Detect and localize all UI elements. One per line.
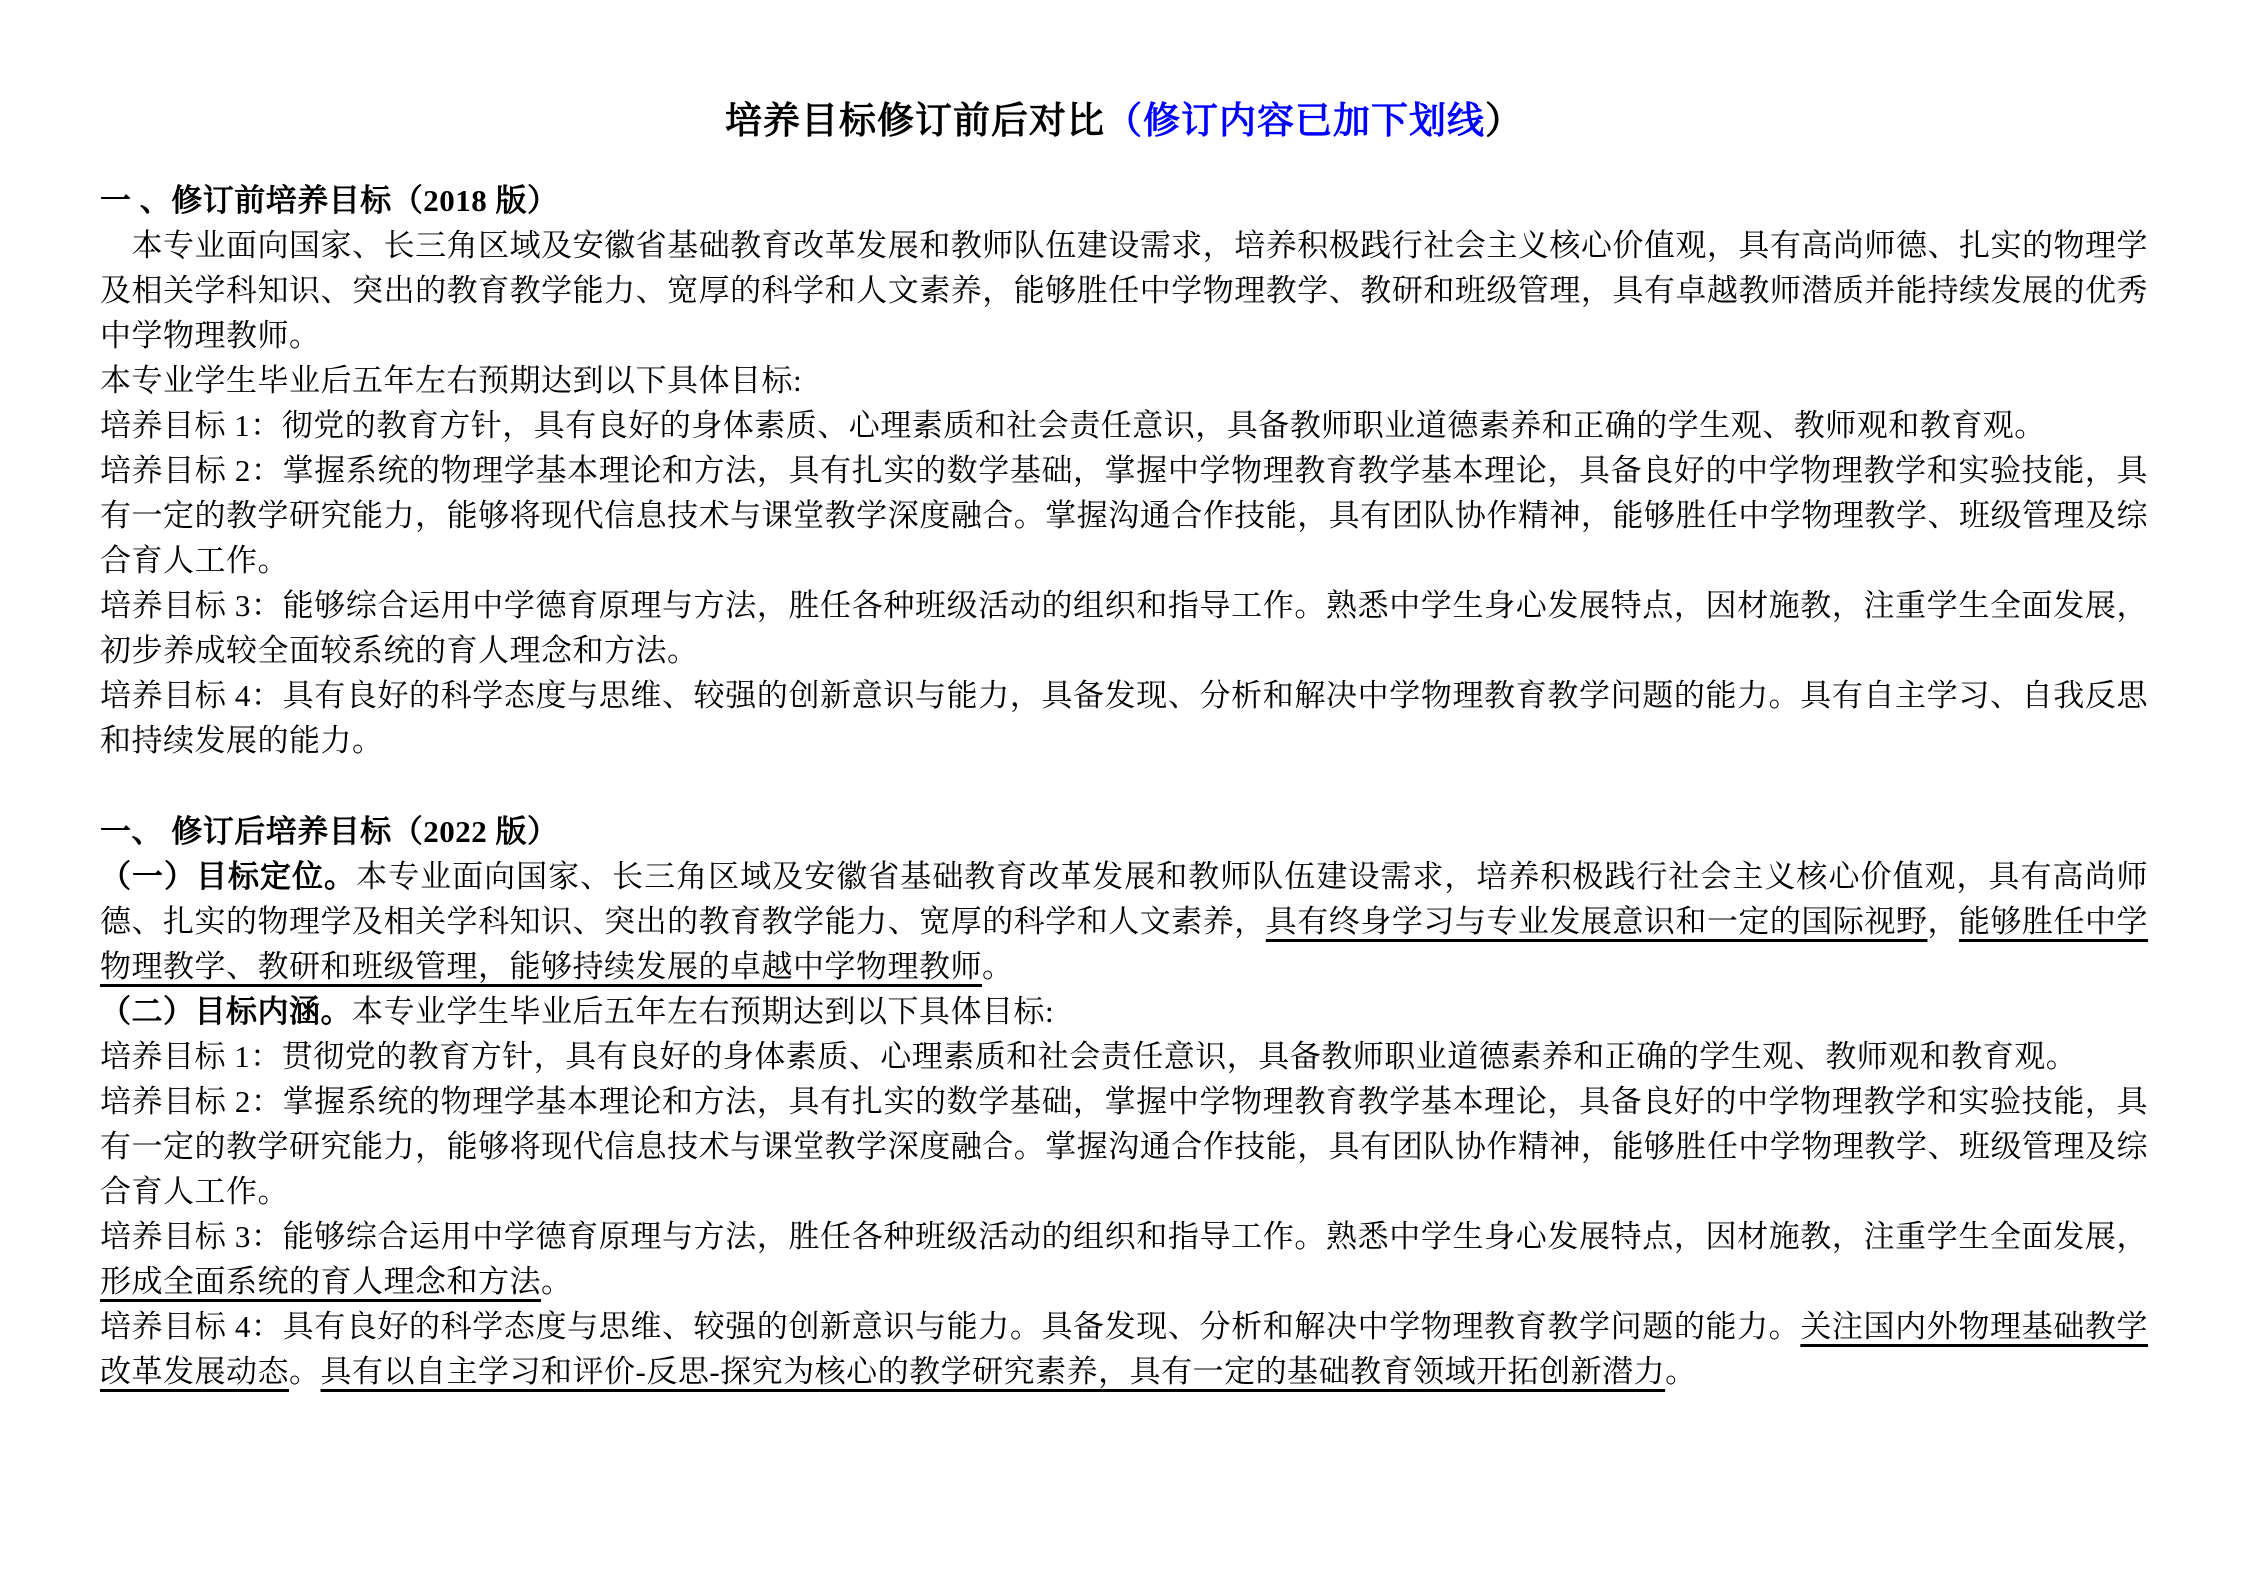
section-heading-after-revision: 一、 修订后培养目标（2022 版） [100, 809, 2148, 854]
text-run: 培养目标 2：掌握系统的物理学基本理论和方法，具有扎实的数学基础，掌握中学物理教… [100, 453, 2148, 578]
text-run: 培养目标修订前后对比 [725, 101, 1105, 142]
text-run: 培养目标 1：贯彻党的教育方针，具有良好的身体素质、心理素质和社会责任意识，具备… [100, 1039, 2077, 1074]
paragraph-2022-connotation-lead: （二）目标内涵。本专业学生毕业后五年左右预期达到以下具体目标: [100, 989, 2148, 1034]
paragraph-2018-goal-lead: 本专业学生毕业后五年左右预期达到以下具体目标: [100, 358, 2148, 403]
text-run: （修订内容已加下划线 [1105, 101, 1485, 142]
document-page: 培养目标修订前后对比（修订内容已加下划线） 一 、修订前培养目标（2018 版）… [0, 0, 2244, 1588]
paragraph-2022-positioning: （一）目标定位。本专业面向国家、长三角区域及安徽省基础教育改革发展和教师队伍建设… [100, 854, 2148, 989]
paragraph-2018-goal-2: 培养目标 2：掌握系统的物理学基本理论和方法，具有扎实的数学基础，掌握中学物理教… [100, 448, 2148, 583]
text-run: 本专业面向国家、长三角区域及安徽省基础教育改革发展和教师队伍建设需求，培养积极践… [100, 228, 2148, 353]
text-run: 。 [1665, 1354, 1697, 1389]
text-run: 具有终身学习与专业发展意识和一定的国际视野 [1266, 904, 1928, 939]
paragraph-2022-goal-4: 培养目标 4：具有良好的科学态度与思维、较强的创新意识与能力。具备发现、分析和解… [100, 1304, 2148, 1394]
text-run: 本专业学生毕业后五年左右预期达到以下具体目标: [352, 994, 1054, 1029]
text-run: 培养目标 3：能够综合运用中学德育原理与方法，胜任各种班级活动的组织和指导工作。… [100, 588, 2148, 668]
text-run: （一）目标定位。 [100, 859, 356, 894]
text-run: 培养目标 4：具有良好的科学态度与思维、较强的创新意识与能力。具备发现、分析和解… [100, 1309, 1800, 1344]
document-title: 培养目标修订前后对比（修订内容已加下划线） [100, 96, 2148, 148]
paragraph-2018-intro: 本专业面向国家、长三角区域及安徽省基础教育改革发展和教师队伍建设需求，培养积极践… [100, 223, 2148, 358]
text-run: 。 [982, 949, 1014, 984]
text-run: ， [1927, 904, 1959, 939]
text-run: （二）目标内涵。 [100, 994, 352, 1029]
text-run: 培养目标 4：具有良好的科学态度与思维、较强的创新意识与能力，具备发现、分析和解… [100, 678, 2148, 758]
paragraph-2018-goal-3: 培养目标 3：能够综合运用中学德育原理与方法，胜任各种班级活动的组织和指导工作。… [100, 583, 2148, 673]
text-run: 具有以自主学习和评价-反思-探究为核心的教学研究素养，具有一定的基础教育领域开拓… [321, 1354, 1666, 1389]
text-run: 本专业学生毕业后五年左右预期达到以下具体目标: [100, 363, 802, 398]
paragraph-2022-goal-2: 培养目标 2：掌握系统的物理学基本理论和方法，具有扎实的数学基础，掌握中学物理教… [100, 1079, 2148, 1214]
text-run: ） [1485, 101, 1523, 142]
text-run: 。 [541, 1264, 573, 1299]
text-run: 培养目标 2：掌握系统的物理学基本理论和方法，具有扎实的数学基础，掌握中学物理教… [100, 1084, 2148, 1209]
paragraph-2018-goal-1: 培养目标 1：彻党的教育方针，具有良好的身体素质、心理素质和社会责任意识，具备教… [100, 403, 2148, 448]
section-heading-before-revision: 一 、修订前培养目标（2018 版） [100, 178, 2148, 223]
text-run: 形成全面系统的育人理念和方法 [100, 1264, 541, 1299]
paragraph-2018-goal-4: 培养目标 4：具有良好的科学态度与思维、较强的创新意识与能力，具备发现、分析和解… [100, 673, 2148, 763]
text-run: 培养目标 1：彻党的教育方针，具有良好的身体素质、心理素质和社会责任意识，具备教… [100, 408, 2046, 443]
text-run: 。 [289, 1354, 321, 1389]
paragraph-2022-goal-3: 培养目标 3：能够综合运用中学德育原理与方法，胜任各种班级活动的组织和指导工作。… [100, 1214, 2148, 1304]
text-run: 培养目标 3：能够综合运用中学德育原理与方法，胜任各种班级活动的组织和指导工作。… [100, 1219, 2148, 1254]
paragraph-2022-goal-1: 培养目标 1：贯彻党的教育方针，具有良好的身体素质、心理素质和社会责任意识，具备… [100, 1034, 2148, 1079]
